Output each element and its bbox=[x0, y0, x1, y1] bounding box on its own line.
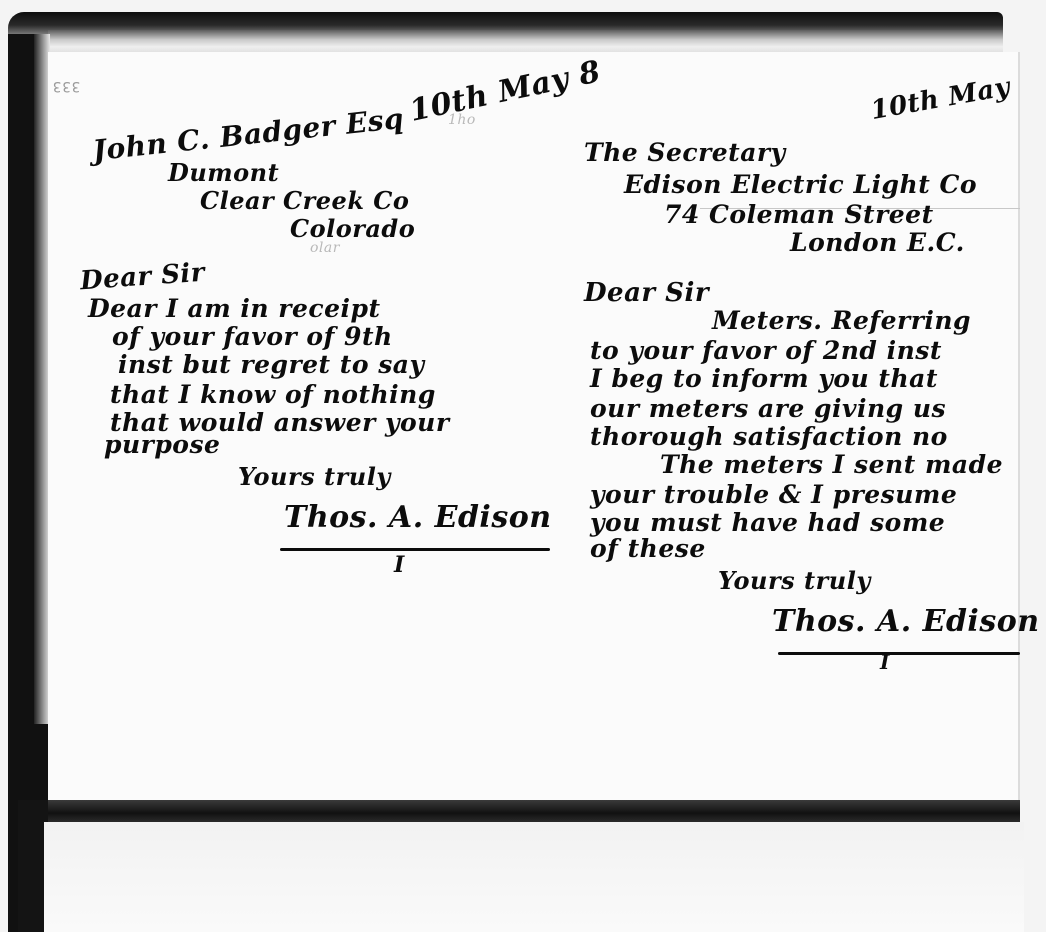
signature-flourish bbox=[778, 652, 1020, 655]
initial-mark: I bbox=[880, 650, 890, 674]
body-line: inst but regret to say bbox=[118, 350, 425, 379]
recipient-title: The Secretary bbox=[584, 138, 786, 167]
body-line: purpose bbox=[104, 430, 220, 459]
body-line: Dear I am in receipt bbox=[88, 294, 381, 323]
page-number: 333 bbox=[52, 78, 80, 94]
recipient-address-line: Dumont bbox=[168, 158, 279, 187]
body-line: you must have had some bbox=[590, 508, 945, 537]
salutation: Dear Sir bbox=[584, 278, 709, 308]
closing: Yours truly bbox=[718, 566, 871, 595]
body-line: to your favor of 2nd inst bbox=[590, 336, 942, 365]
body-line: I beg to inform you that bbox=[590, 364, 938, 393]
signature: Thos. A. Edison bbox=[284, 500, 552, 535]
body-line: Meters. Referring bbox=[712, 306, 971, 335]
next-page bbox=[44, 822, 1024, 932]
page-stack-top bbox=[48, 30, 1003, 54]
body-line: of these bbox=[590, 534, 706, 563]
recipient-address-line: Edison Electric Light Co bbox=[624, 170, 977, 199]
page-gutter bbox=[48, 800, 1020, 822]
recipient-address-line: 74 Coleman Street bbox=[664, 200, 934, 229]
letter-left-date-faint: 1ho bbox=[448, 112, 476, 128]
body-line: your trouble & I presume bbox=[590, 480, 957, 509]
recipient-address-line: Colorado bbox=[290, 214, 415, 243]
closing: Yours truly bbox=[238, 462, 391, 491]
recipient-address-line: London E.C. bbox=[790, 228, 965, 257]
signature-flourish bbox=[280, 548, 550, 551]
body-line: thorough satisfaction no bbox=[590, 422, 948, 451]
recipient-address-line: Clear Creek Co bbox=[200, 186, 409, 215]
body-line: our meters are giving us bbox=[590, 394, 946, 423]
signature: Thos. A. Edison bbox=[772, 604, 1040, 639]
body-line: that I know of nothing bbox=[110, 380, 436, 409]
body-line: The meters I sent made bbox=[660, 450, 1003, 479]
initial-mark: I bbox=[394, 552, 405, 578]
recipient-address-faint: olar bbox=[310, 240, 340, 256]
body-line: of your favor of 9th bbox=[112, 322, 393, 351]
